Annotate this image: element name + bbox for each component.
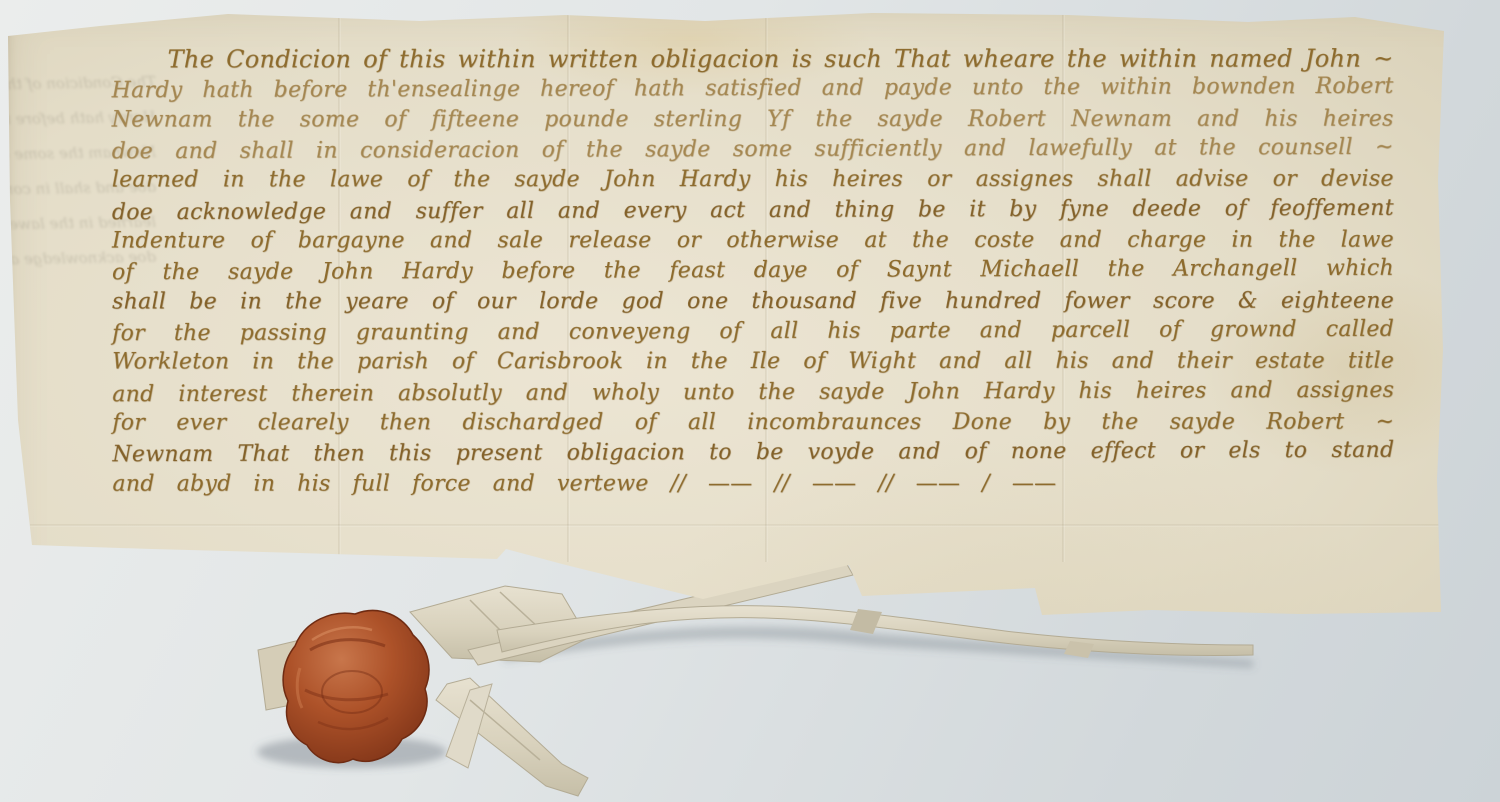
- manuscript-line: Hardy hath before th'ensealinge hereof h…: [112, 72, 1394, 107]
- manuscript-line: Newnam That then this present obligacion…: [112, 436, 1394, 471]
- manuscript-line: of the sayde John Hardy before the feast…: [112, 254, 1394, 289]
- fold-crease: [30, 524, 1440, 527]
- manuscript-line: Workleton in the parish of Carisbrook in…: [112, 347, 1394, 378]
- manuscript-line: and abyd in his full force and vertewe /…: [112, 469, 1056, 500]
- manuscript-line: for the passing graunting and conveyeng …: [112, 315, 1394, 350]
- manuscript-line: The Condicion of this within written obl…: [168, 44, 1394, 75]
- manuscript-line: Newnam the some of fifteene pounde sterl…: [112, 104, 1394, 135]
- manuscript-text: The Condicion of this within written obl…: [112, 43, 1395, 501]
- manuscript-line: learned in the lawe of the sayde John Ha…: [112, 165, 1394, 196]
- photo-background: The Condicion of this within written obl…: [0, 0, 1500, 802]
- manuscript-line: shall be in the yeare of our lorde god o…: [112, 286, 1394, 317]
- manuscript-line: for ever clearely then dischardged of al…: [112, 408, 1394, 439]
- manuscript-line: doe and shall in consideracion of the sa…: [112, 133, 1394, 168]
- manuscript-line: Indenture of bargayne and sale release o…: [112, 226, 1394, 257]
- manuscript-line: and interest therein absolutly and wholy…: [112, 376, 1394, 411]
- manuscript-line: doe acknowledge and suffer all and every…: [112, 193, 1394, 228]
